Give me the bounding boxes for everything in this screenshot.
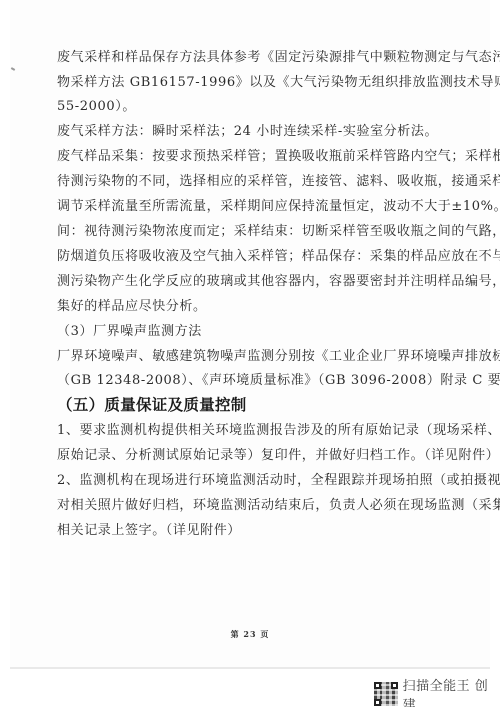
scanner-watermark: 扫描全能王 创建 [374, 675, 500, 707]
watermark-text: 扫描全能王 创建 [403, 675, 500, 707]
page-edge [10, 667, 490, 669]
paragraph-line: 间：视待测污染物浓度而定；采样结束：切断采样管至吸收瓶之间的气路，以 [57, 224, 500, 240]
section-heading: （五）质量保证及质量控制 [57, 396, 247, 414]
paragraph-line: 废气采样方法：瞬时采样法；24 小时连续采样-实验室分析法。 [57, 124, 438, 140]
page-number: 第 23 页 [0, 629, 500, 640]
paragraph-line: 废气样品采集：按要求预热采样管；置换吸收瓶前采样管路内空气；采样根据 [57, 149, 500, 165]
qc-paragraph-line: 对相关照片做好归档，环境监测活动结束后，负责人必须在现场监测（采集） [57, 498, 500, 514]
qr-code-icon [374, 682, 398, 706]
qc-paragraph-line: 1、要求监测机构提供相关环境监测报告涉及的所有原始记录（现场采样、监测 [57, 423, 500, 439]
paragraph-line: 物采样方法 GB16157-1996》以及《大气污染物无组织排放监测技术导则》（… [57, 75, 500, 91]
paragraph-line: 废气采样和样品保存方法具体参考《固定污染源排气中颗粒物测定与气态污染 [57, 50, 500, 66]
paragraph-line: 防烟道负压将吸收液及空气抽入采样管；样品保存：采集的样品应放在不与被 [57, 249, 500, 265]
qc-paragraph-line: 2、监测机构在现场进行环境监测活动时，全程跟踪并现场拍照（或拍摄视频）， [57, 473, 500, 489]
paragraph-line: 厂界环境噪声、敏感建筑物噪声监测分别按《工业企业厂界环境噪声排放标准》 [57, 349, 500, 365]
qc-paragraph-line: 相关记录上签字。（详见附件） [57, 523, 241, 539]
paragraph-line: 待测污染物的不同，选择相应的采样管，连接管、滤料、吸收瓶，接通采样管路， [57, 174, 500, 190]
paragraph-line: 55-2000）。 [57, 99, 136, 115]
qc-paragraph-line: 原始记录、分析测试原始记录等）复印件，并做好归档工作。（详见附件） [57, 448, 499, 464]
paragraph-line: 集好的样品应尽快分析。 [57, 299, 207, 315]
paragraph-line: （GB 12348-2008）、《声环境质量标准》（GB 3096-2008）附… [57, 373, 500, 389]
subsection-title: （3）厂界噪声监测方法 [57, 324, 202, 340]
paragraph-line: 调节采样流量至所需流量，采样期间应保持流量恒定，波动不大于±10%。采样时 [57, 199, 500, 215]
paragraph-line: 测污染物产生化学反应的玻璃或其他容器内，容器要密封并注明样品编号，采 [57, 274, 500, 290]
